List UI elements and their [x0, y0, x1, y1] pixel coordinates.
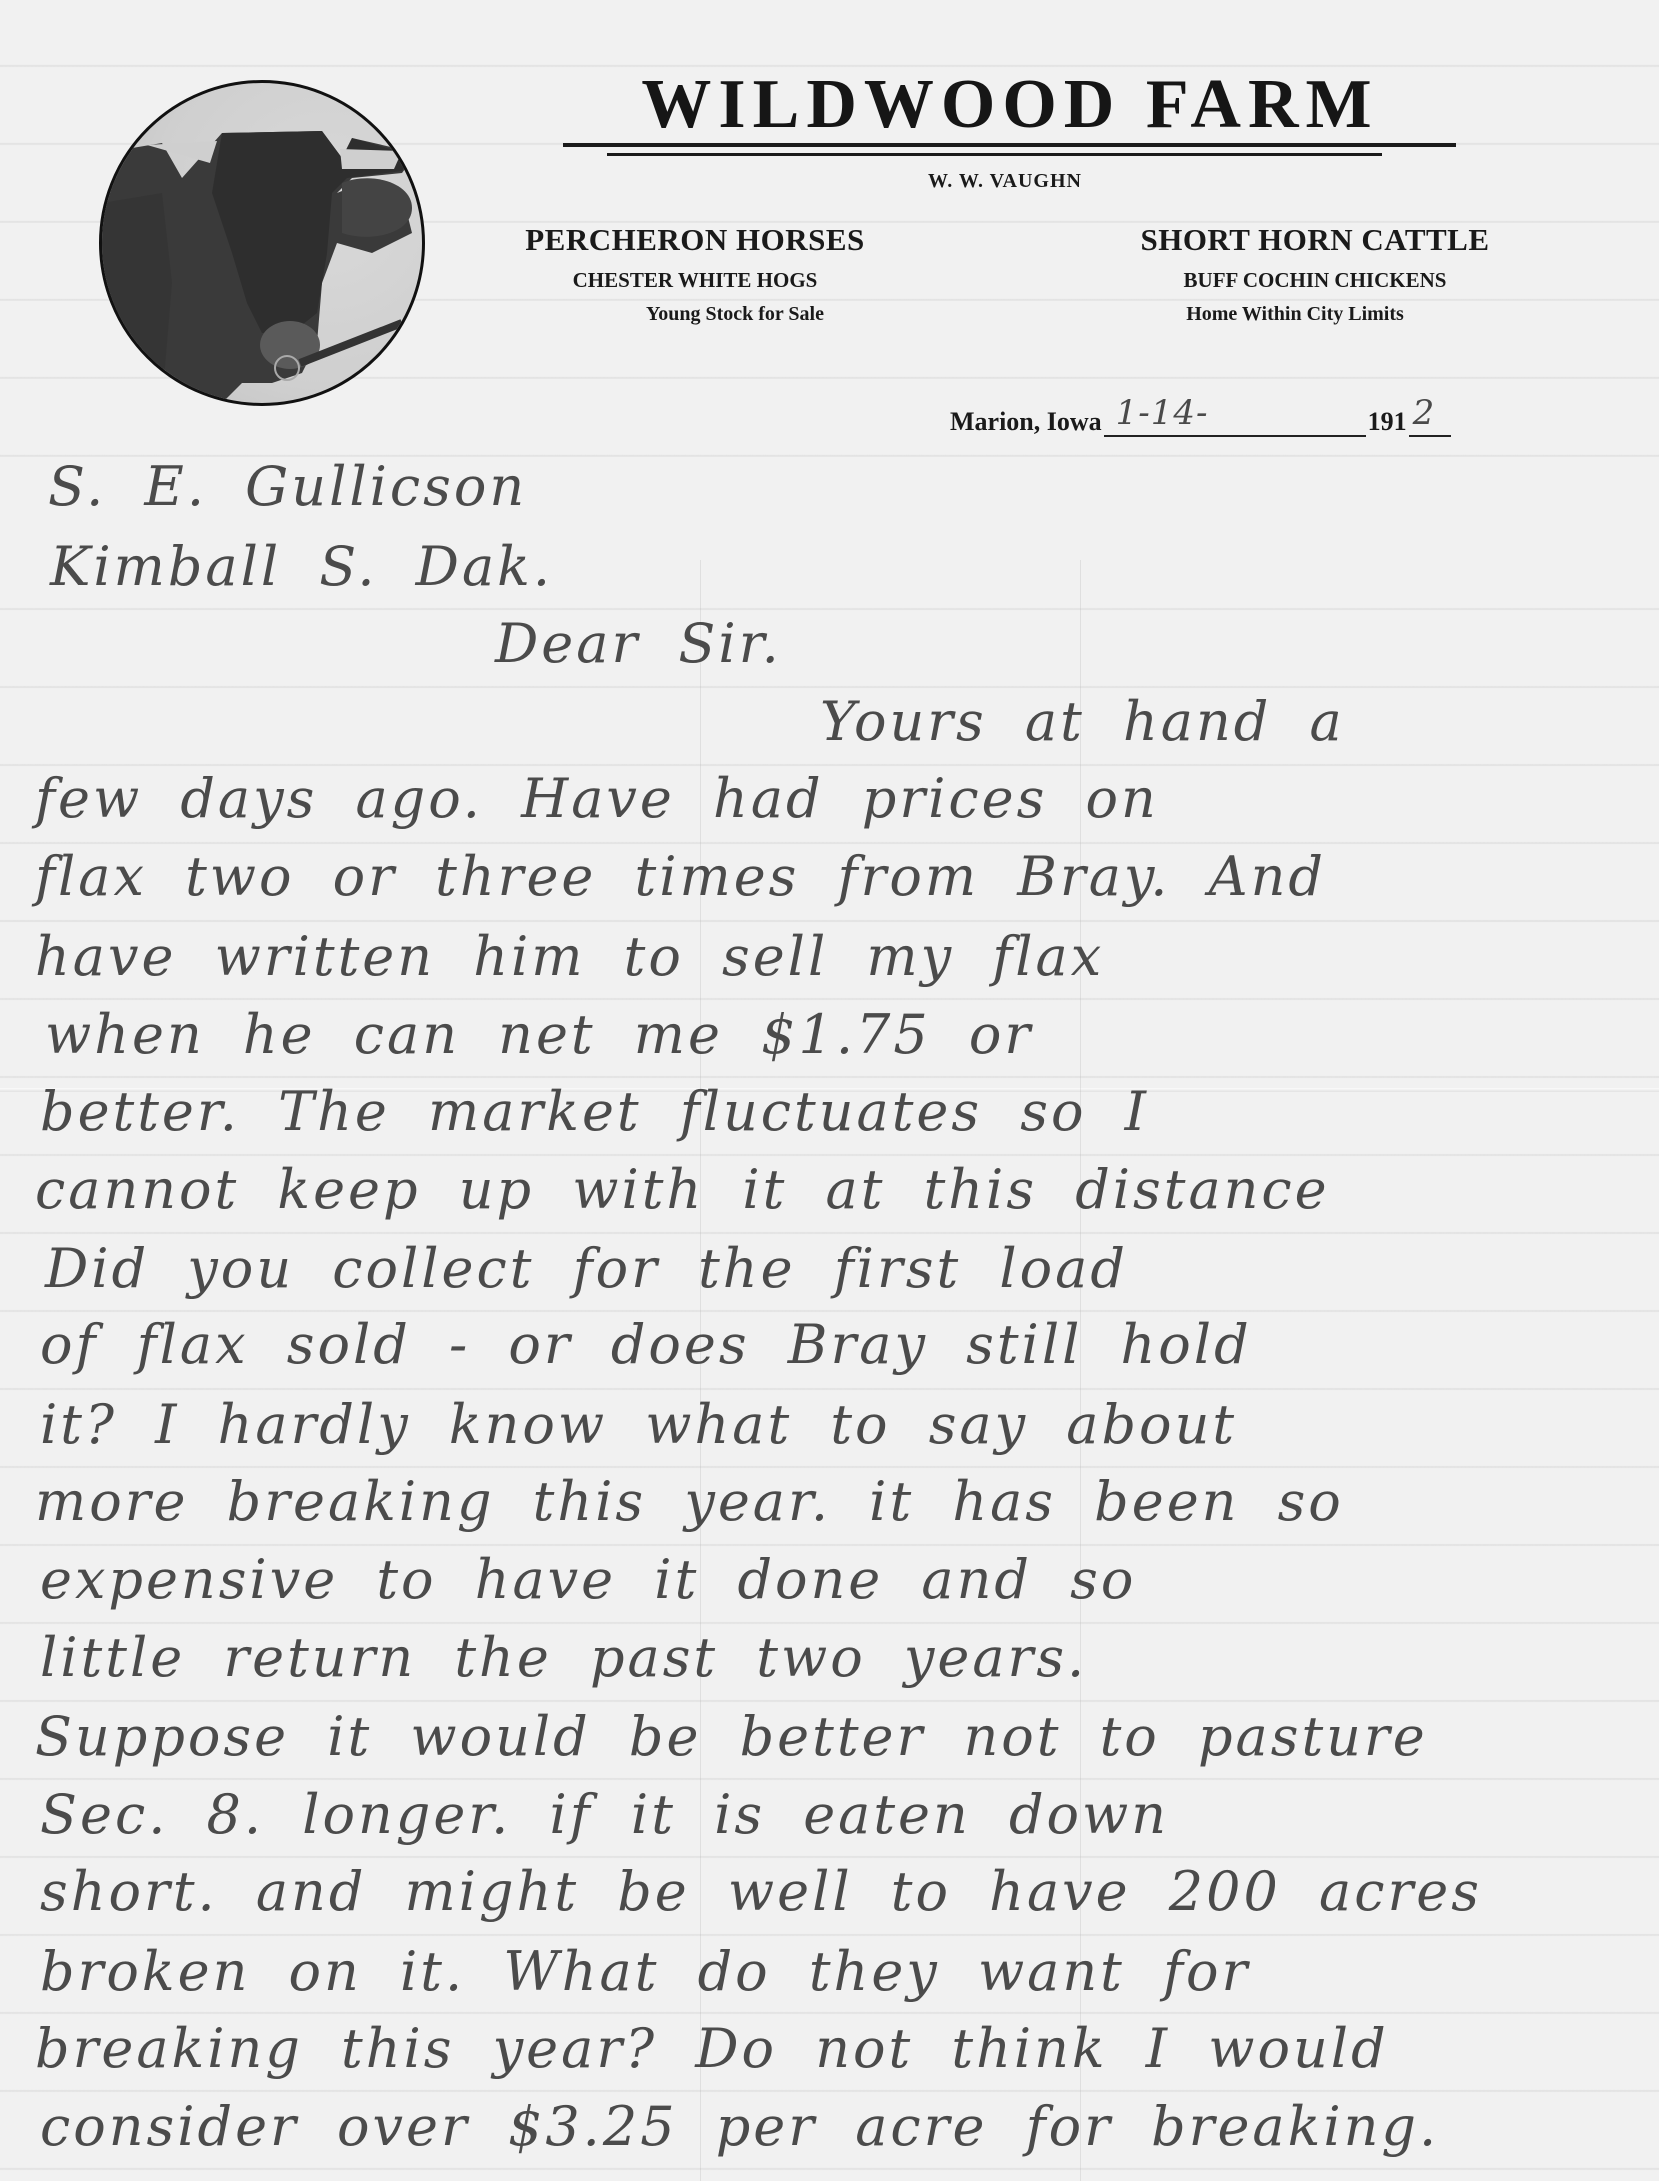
- farm-name: WILDWOOD FARM: [560, 70, 1460, 140]
- right-subheading: BUFF COCHIN CHICKENS: [1055, 268, 1575, 293]
- letter-paper: WILDWOOD FARM W. W. VAUGHN PERCHERON HOR…: [0, 0, 1659, 2181]
- letter-line: Suppose it would be better not to pastur…: [35, 1705, 1428, 1768]
- salutation: Dear Sir.: [495, 612, 782, 675]
- letter-line: little return the past two years.: [40, 1626, 1087, 1689]
- letter-line: more breaking this year. it has been so: [35, 1470, 1344, 1533]
- year-prefix: 191: [1368, 407, 1407, 437]
- dateline-place: Marion, Iowa: [950, 407, 1102, 437]
- letter-line: of flax sold - or does Bray still hold: [40, 1313, 1252, 1376]
- letter-line: expensive to have it done and so: [40, 1548, 1136, 1611]
- letter-line: cannot keep up with it at this distance: [35, 1158, 1330, 1221]
- letter-line: it? I hardly know what to say about: [40, 1393, 1237, 1456]
- letter-line: have written him to sell my flax: [35, 925, 1104, 988]
- letter-line: when he can net me $1.75 or: [45, 1003, 1033, 1066]
- handwritten-date: 1-14-: [1116, 393, 1209, 433]
- right-note: Home Within City Limits: [1055, 303, 1575, 326]
- letter-line: consider over $3.25 per acre for breakin…: [40, 2095, 1439, 2158]
- left-subheading: CHESTER WHITE HOGS: [455, 268, 935, 293]
- dateline: Marion, Iowa 1-14- 191 2: [950, 405, 1453, 437]
- letterhead-left-column: PERCHERON HORSES CHESTER WHITE HOGS Youn…: [455, 222, 935, 326]
- year-blank: 2: [1409, 405, 1451, 437]
- letter-line: few days ago. Have had prices on: [35, 767, 1159, 830]
- date-blank: 1-14-: [1104, 405, 1366, 437]
- recipient-name: S. E. Gullicson: [48, 455, 527, 518]
- letter-line: short. and might be well to have 200 acr…: [40, 1860, 1482, 1923]
- letter-line: broken on it. What do they want for: [40, 1940, 1250, 2003]
- recipient-address: Kimball S. Dak.: [50, 535, 553, 598]
- letter-line: breaking this year? Do not think I would: [35, 2017, 1389, 2080]
- left-main-heading: PERCHERON HORSES: [455, 222, 935, 258]
- right-main-heading: SHORT HORN CATTLE: [1055, 222, 1575, 258]
- left-note: Young Stock for Sale: [455, 303, 935, 326]
- handwritten-year: 2: [1413, 393, 1436, 433]
- letter-line: better. The market fluctuates so I: [40, 1080, 1149, 1143]
- bull-portrait-icon: [99, 80, 425, 406]
- owner-name: W. W. VAUGHN: [740, 170, 1270, 193]
- letterhead-right-column: SHORT HORN CATTLE BUFF COCHIN CHICKENS H…: [1055, 222, 1575, 326]
- title-rule: [607, 153, 1382, 156]
- letter-line: Did you collect for the first load: [45, 1237, 1128, 1300]
- letter-line: Sec. 8. longer. if it is eaten down: [40, 1783, 1169, 1846]
- title-rule: [563, 143, 1456, 147]
- letter-line: Yours at hand a: [820, 690, 1345, 753]
- letter-line: flax two or three times from Bray. And: [35, 845, 1326, 908]
